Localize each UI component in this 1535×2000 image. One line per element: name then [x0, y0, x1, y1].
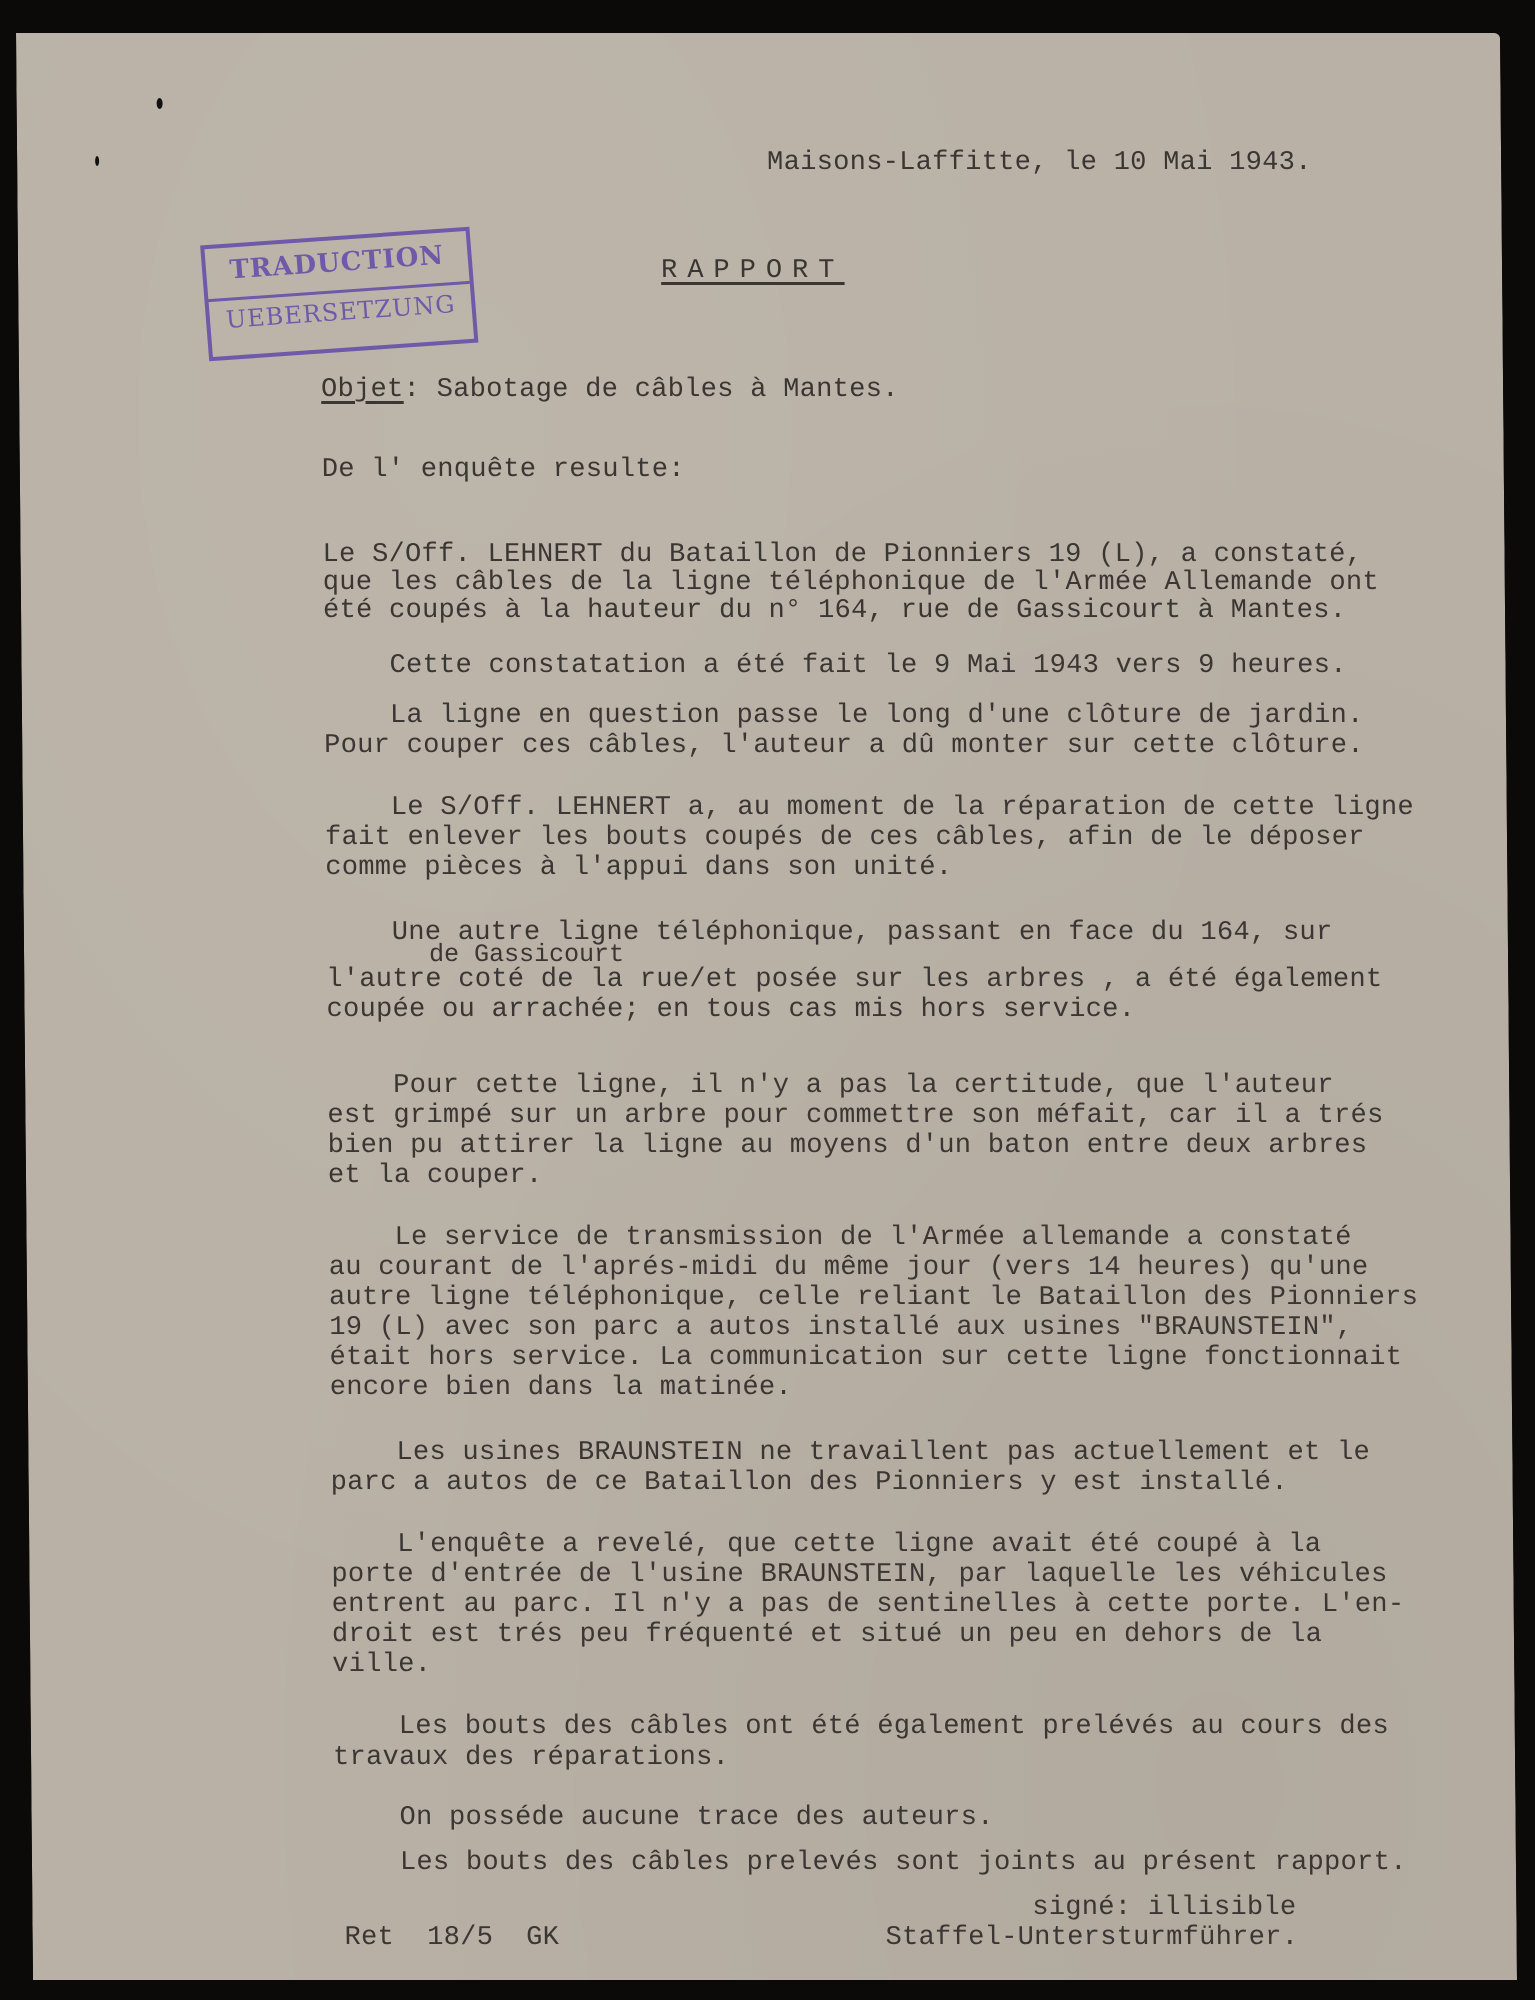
subject-line: Objet: Sabotage de câbles à Mantes.: [321, 375, 899, 405]
ink-spot: [157, 98, 163, 109]
document-title: RAPPORT: [661, 256, 845, 286]
para-9-line-5: ville.: [332, 1650, 431, 1680]
para-8-line-1: Les usines BRAUNSTEIN ne travaillent pas…: [330, 1438, 1370, 1468]
para-10-line-1: Les bouts des câbles ont été également p…: [333, 1712, 1389, 1742]
ink-spot: [95, 156, 99, 166]
place-date: Maisons-Laffitte, le 10 Mai 1943.: [767, 148, 1312, 178]
para-7-line-3: autre ligne téléphonique, celle reliant …: [329, 1283, 1418, 1313]
para-9-line-3: entrent au parc. Il n'y a pas de sentine…: [332, 1590, 1405, 1620]
para-12-line-1: Les bouts des câbles prelevés sont joint…: [334, 1848, 1407, 1878]
para-4-line-2: fait enlever les bouts coupés de ces câb…: [325, 823, 1365, 853]
para-5-line-2: l'autre coté de la rue/et posée sur les …: [326, 965, 1382, 995]
para-9-line-2: porte d'entrée de l'usine BRAUNSTEIN, pa…: [331, 1560, 1387, 1590]
para-7-line-6: encore bien dans la matinée.: [330, 1373, 792, 1403]
para-5-line-3: coupée ou arrachée; en tous cas mis hors…: [326, 995, 1135, 1025]
signature-signed: signé: illisible: [1032, 1893, 1296, 1923]
para-7-line-4: 19 (L) avec son parc a autos installé au…: [329, 1313, 1352, 1343]
stamp-line-traduction: TRADUCTION: [205, 239, 469, 287]
para-8-line-2: parc a autos de ce Bataillon des Pionnie…: [331, 1468, 1288, 1498]
para-3-line-2: Pour couper ces câbles, l'auteur a dû mo…: [324, 731, 1364, 761]
para-7-line-2: au courant de l'aprés-midi du même jour …: [329, 1253, 1369, 1283]
document-page: Maisons-Laffitte, le 10 Mai 1943. TRADUC…: [16, 33, 1517, 1980]
para-3-line-1: La ligne en question passe le long d'une…: [324, 701, 1364, 731]
signature-rank: Staffel-Untersturmführer.: [885, 1923, 1298, 1953]
para-9-line-4: droit est trés peu fréquenté et situé un…: [332, 1620, 1322, 1650]
subject-label: Objet: [321, 375, 404, 405]
intro-line: De l' enquête resulte:: [322, 455, 685, 485]
para-1-line-1: Le S/Off. LEHNERT du Bataillon de Pionni…: [322, 540, 1362, 570]
para-7-line-1: Le service de transmission de l'Armée al…: [328, 1223, 1351, 1253]
subject-text: : Sabotage de câbles à Mantes.: [404, 375, 899, 405]
para-2-line-1: Cette constatation a été fait le 9 Mai 1…: [323, 651, 1346, 681]
para-6-line-2: est grimpé sur un arbre pour commettre s…: [327, 1101, 1383, 1131]
para-1-line-2: que les câbles de la ligne téléphonique …: [323, 568, 1379, 598]
para-4-line-3: comme pièces à l'appui dans son unité.: [325, 853, 952, 883]
para-11-line-1: On posséde aucune trace des auteurs.: [333, 1803, 993, 1833]
para-9-line-1: L'enquête a revelé, que cette ligne avai…: [331, 1530, 1321, 1560]
reference-code: Ret 18/5 GK: [344, 1923, 559, 1953]
para-10-line-2: travaux des réparations.: [333, 1743, 729, 1773]
para-1-line-3: été coupés à la hauteur du n° 164, rue d…: [323, 596, 1346, 626]
para-6-line-4: et la couper.: [328, 1161, 543, 1191]
para-6-line-1: Pour cette ligne, il n'y a pas la certit…: [327, 1071, 1334, 1101]
para-7-line-5: était hors service. La communication sur…: [329, 1343, 1402, 1373]
para-4-line-1: Le S/Off. LEHNERT a, au moment de la rép…: [325, 793, 1414, 823]
translation-stamp: TRADUCTION UEBERSETZUNG: [200, 227, 478, 362]
para-6-line-3: bien pu attirer la ligne au moyens d'un …: [328, 1131, 1368, 1161]
